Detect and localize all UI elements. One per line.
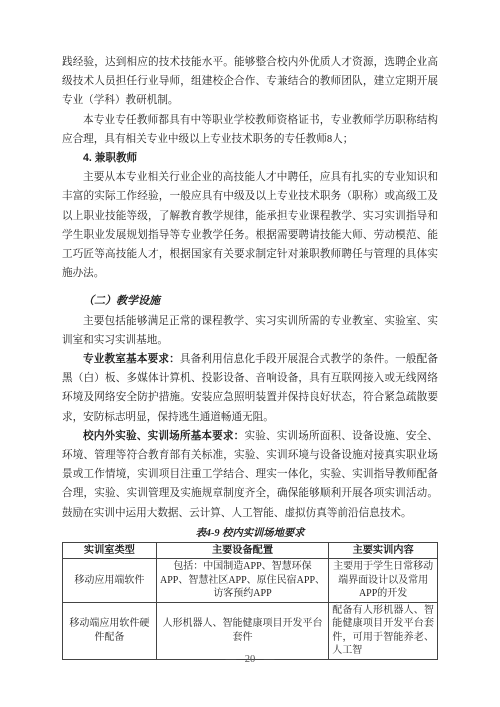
cell-training-content: 配备有人形机器人、智能健康项目开发平台套件，可用于智能养老、人工智 bbox=[329, 602, 438, 659]
classroom-requirements-lead: 专业教室基本要求： bbox=[83, 353, 180, 365]
paragraph-classroom-requirements: 专业教室基本要求：具备利用信息化手段开展混合式教学的条件。一般配备黑（白）板、多… bbox=[62, 350, 438, 427]
column-header-room-type: 实训室类型 bbox=[63, 542, 157, 559]
training-site-requirements-text: 实验、实训场所面积、设备设施、安全、环境、管理等符合教育部有关标准，实验、实训环… bbox=[62, 431, 438, 519]
cell-room-type: 移动端应用软件硬件配备 bbox=[63, 602, 157, 659]
paragraph-training-site-requirements: 校内外实验、实训场所基本要求：实验、实训场所面积、设备设施、安全、环境、管理等符… bbox=[62, 427, 438, 523]
heading-teaching-facilities: （二）教学设施 bbox=[62, 292, 438, 311]
cell-training-content: 主要用于学生日常移动端界面设计以及常用APP的开发 bbox=[329, 559, 438, 603]
table-header-row: 实训室类型 主要设备配置 主要实训内容 bbox=[63, 542, 438, 559]
table-row: 移动应用端软件 包括：中国制造APP、智慧环保APP、智慧社区APP、原住民宿A… bbox=[63, 559, 438, 603]
paragraph-part-time-teachers: 主要从本专业相关行业企业的高技能人才中聘任，应具有扎实的专业知识和丰富的实际工作… bbox=[62, 168, 438, 283]
table-row: 移动端应用软件硬件配备 人形机器人、智能健康项目开发平台套件 配备有人形机器人、… bbox=[63, 602, 438, 659]
cell-room-type: 移动应用端软件 bbox=[63, 559, 157, 603]
cell-equipment: 人形机器人、智能健康项目开发平台套件 bbox=[156, 602, 329, 659]
document-page: 践经验，达到相应的技术技能水平。能够整合校内外优质人才资源，选聘企业高级技术人员… bbox=[0, 0, 500, 707]
paragraph-full-time-teachers: 本专业专任教师都具有中等职业学校教师资格证书，专业教师学历职称结构应合理，具有相… bbox=[62, 111, 438, 149]
paragraph-facilities-intro: 主要包括能够满足正常的课程教学、实习实训所需的专业教室、实验室、实训室和实习实训… bbox=[62, 312, 438, 350]
heading-part-time-teachers: 4. 兼职教师 bbox=[62, 149, 438, 168]
page-number: — 20 — bbox=[0, 654, 500, 665]
table-caption: 表4-9 校内实训场地要求 bbox=[62, 526, 438, 541]
paragraph-continuation: 践经验，达到相应的技术技能水平。能够整合校内外优质人才资源，选聘企业高级技术人员… bbox=[62, 53, 438, 111]
training-site-requirements-lead: 校内外实验、实训场所基本要求： bbox=[83, 430, 244, 442]
cell-equipment: 包括：中国制造APP、智慧环保APP、智慧社区APP、原住民宿APP、访客预约A… bbox=[156, 559, 329, 603]
column-header-equipment: 主要设备配置 bbox=[156, 542, 329, 559]
column-header-training-content: 主要实训内容 bbox=[329, 542, 438, 559]
training-site-table: 实训室类型 主要设备配置 主要实训内容 移动应用端软件 包括：中国制造APP、智… bbox=[62, 542, 438, 660]
